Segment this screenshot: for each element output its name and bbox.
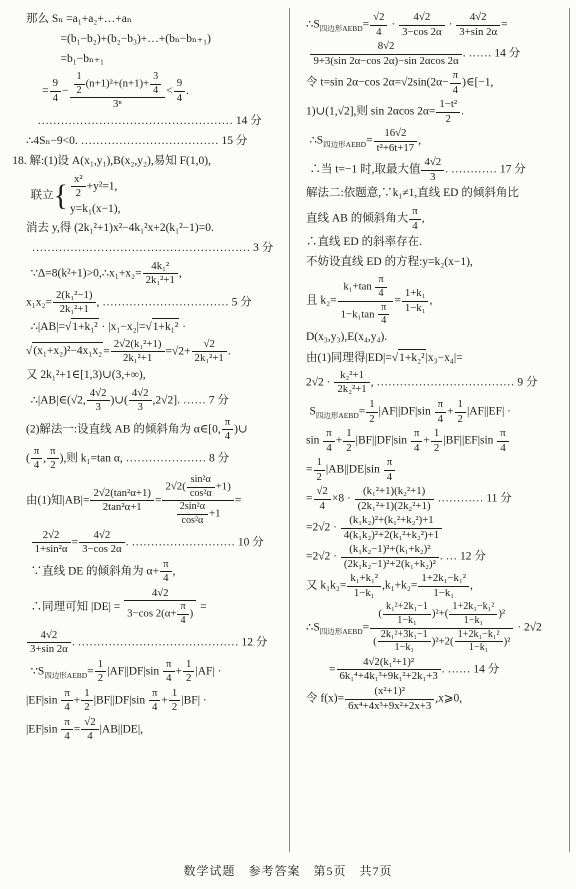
math-line: ∵S四边形AEBD=12|AF||DF|sin π4+12|AF| · (31, 658, 283, 686)
fraction: π4 (163, 658, 174, 686)
subscript-label: 四边形AEBD (44, 671, 87, 680)
fraction: 2sin²αcos²α (177, 501, 208, 527)
fraction: 4√23+sin 2α (456, 11, 500, 39)
fraction: 2(k₁²−1)2k₁²+1 (53, 289, 95, 317)
fraction: x²2 (71, 173, 86, 201)
fraction: k₁+tan π41−k₁tan π4 (338, 274, 394, 328)
math-line: S四边形AEBD=12|AF||DF|sin π4+12|AF||EF| · (309, 398, 563, 426)
fraction: 1+2k₁−k₁²1−k₁ (418, 572, 469, 600)
fraction: 16√2t²+6t+17 (374, 127, 418, 155)
brace-icon: { (54, 181, 68, 211)
math-line: =4√2(k₁²+1)²6k₁⁴+4k₁³+9k₁²+2k₁+3. …… 14 … (329, 656, 563, 684)
math-line: (π4,π2),则 k₁=tan α, ………………… 8 分 (26, 445, 283, 473)
math-line: 那么 Sₙ =a₁+a₂+…+aₙ (26, 11, 283, 30)
fraction: π4 (31, 445, 42, 473)
equation-system: {x²2+y²=1,y=k₁(x−1), (54, 173, 121, 219)
fraction: π4 (375, 274, 386, 300)
math-line: 18. 解:(1)设 A(x₁,y₁),B(x₂,y₂),易知 F(1,0), (12, 153, 283, 172)
fraction: π4 (384, 456, 395, 484)
fraction: 12 (169, 687, 180, 715)
math-line: D(x₃,y₃),E(x₄,y₄). (306, 329, 563, 348)
fraction: (k₁k₂−1)²+(k₁+k₂)²(2k₁k₂−1)²+2(k₁+k₂)² (341, 543, 439, 571)
math-line: ∴S四边形AEBD=√24 · 4√23−cos 2α · 4√23+sin 2… (306, 11, 563, 39)
math-line: 2√21+sin²α=4√23−cos 2α. ……………………… 10 分 (31, 529, 283, 557)
math-line: sin π4+12|BF||DF|sin π4+12|BF||EF|sin π4 (306, 427, 563, 455)
fraction: 2√21+sin²α (32, 529, 71, 557)
left-column: 那么 Sₙ =a₁+a₂+…+aₙ=(b₁−b₂)+(b₂−b₃)+…+(bₙ−… (10, 8, 290, 852)
fraction: 4k₁²2k₁²+1 (143, 260, 178, 288)
math-line: 8√29+3(sin 2α−cos 2α)−sin 2αcos 2α. …… 1… (309, 40, 563, 68)
fraction: √24 (81, 716, 98, 744)
fraction: (k₁k₂)²+(k₁²+k₂²)+14(k₁k₂)²+2(k₁²+k₂²)+1 (341, 514, 442, 542)
math-line: =2√2 · (k₁k₂)²+(k₁²+k₂²)+14(k₁k₂)²+2(k₁²… (306, 514, 563, 542)
fraction: π4 (177, 601, 188, 627)
fraction: k₁+k₁²1−k₁ (347, 572, 381, 600)
fraction: 1+2k₁−k₁²1−k₁ (449, 601, 497, 627)
fraction: π4 (409, 205, 420, 233)
fraction: π4 (222, 416, 233, 444)
fraction: 34 (150, 71, 161, 97)
subscript-label: 四边形AEBD (320, 24, 363, 33)
right-column: ∴S四边形AEBD=√24 · 4√23−cos 2α · 4√23+sin 2… (290, 8, 570, 852)
radical: √(x₁+x₂)²−4x₁x₂ (26, 342, 103, 361)
fraction: π4 (450, 69, 461, 97)
math-line: 消去 y,得 (2k₁²+1)x²−4k₁²x+2(k₁²−1)=0. (26, 220, 283, 239)
math-line: |EF|sin π4+12|BF||DF|sin π4+12|BF| · (26, 687, 283, 715)
fraction: π4 (61, 687, 72, 715)
math-line: =√24×8 · (k₁²+1)(k₂²+1)(2k₁²+1)(2k₂²+1) … (306, 485, 563, 513)
fraction: π4 (378, 302, 389, 328)
math-line: =b₁−bₙ₊₁ (61, 51, 284, 70)
fraction: π4 (323, 427, 334, 455)
radical: √1+k₁² (65, 318, 99, 337)
math-line: √(x₁+x₂)²−4x₁x₂=2√2(k₁²+1)2k₁²+1=√2+√22k… (26, 338, 283, 366)
fraction: 8√29+3(sin 2α−cos 2α)−sin 2αcos 2α (310, 40, 461, 68)
fraction: (k₁²+2k₁−11−k₁)²+(1+2k₁−k₁²1−k₁)²(2k₁²+3… (370, 601, 513, 655)
math-line: 4√23+sin 2α. …………………………………… 12 分 (26, 629, 283, 657)
radical: √1+k₂² (392, 349, 426, 368)
math-line: ∴4Sₙ−9<0. ……………………………… 15 分 (26, 133, 283, 152)
fraction: 12 (74, 71, 85, 97)
fraction: π4 (435, 398, 446, 426)
page-footer: 数学试题 参考答案 第5页 共7页 (0, 862, 576, 879)
fraction: 12 (431, 427, 442, 455)
subscript-label: 四边形AEBD (320, 627, 363, 636)
math-line: 2√2 · k₂²+12k₂²+1, ……………………………… 9 分 (306, 369, 563, 397)
fraction: 2√2(tan²α+1)2tan²α+1 (90, 487, 154, 515)
math-line: ∴直线 ED 的斜率存在. (306, 234, 563, 253)
math-line: 又 2k₁²+1∈[1,3)∪(3,+∞), (26, 367, 283, 386)
math-line: ∴S四边形AEBD=16√2t²+6t+17, (309, 127, 563, 155)
fraction: k₂²+12k₂²+1 (334, 369, 369, 397)
math-line: ∴同理可知 |DE| = 4√23−cos 2(α+π4) = (31, 587, 283, 628)
math-line: 令 t=sin 2α−cos 2α=√2sin(2α−π4)∈[−1, (306, 69, 563, 97)
subscript-label: 四边形AEBD (323, 140, 366, 149)
math-line: ∴|AB|=√1+k₁² · |x₁−x₂|=√1+k₁² · (31, 318, 283, 337)
fraction: 2√2(sin²αcos²α+1)2sin²αcos²α+1 (162, 474, 233, 528)
math-line: =2√2 · (k₁k₂−1)²+(k₁+k₂)²(2k₁k₂−1)²+2(k₁… (306, 543, 563, 571)
math-line: 解法二:依题意,∵k₁≠1,直线 ED 的倾斜角比 (306, 185, 563, 204)
fraction: π4 (497, 427, 508, 455)
fraction: 4√23 (421, 156, 444, 184)
fraction: (x²+1)²6x⁴+4x³+9x²+2x+3 (345, 685, 434, 713)
math-line: 直线 AB 的倾斜角大π4, (306, 205, 563, 233)
fraction: 1+k₁1−k₁ (402, 287, 429, 315)
fraction: 4√23 (87, 387, 110, 415)
fraction: sin²αcos²α (187, 474, 215, 500)
math-line: 由(1)同理得|ED|=√1+k₂²|x₃−x₄|= (306, 349, 563, 368)
fraction: 1+2k₁−k₁²1−k₁ (455, 629, 503, 655)
fraction: π4 (160, 558, 171, 586)
math-line: 且 k₂=k₁+tan π41−k₁tan π4=1+k₁1−k₁, (306, 274, 563, 328)
fraction: 94 (174, 77, 185, 105)
fraction: π4 (61, 716, 72, 744)
fraction: 12 (343, 427, 354, 455)
math-line: 联立{x²2+y²=1,y=k₁(x−1), (31, 173, 283, 219)
math-line: ∴当 t=−1 时,取最大值4√23. ………… 17 分 (309, 156, 563, 184)
subscript-label: 四边形AEBD (316, 411, 359, 420)
fraction: π4 (411, 427, 422, 455)
fraction: √24 (370, 11, 387, 39)
fraction: √24 (314, 485, 331, 513)
fraction: 4√23+sin 2α (27, 629, 71, 657)
answer-sheet-page: 那么 Sₙ =a₁+a₂+…+aₙ=(b₁−b₂)+(b₂−b₃)+…+(bₙ−… (0, 0, 576, 852)
math-line: 又 k₁k₂=k₁+k₁²1−k₁,k₁+k₂=1+2k₁−k₁²1−k₁, (306, 572, 563, 600)
math-line: 令 f(x)=(x²+1)²6x⁴+4x³+9x²+2x+3,x⩾0, (306, 685, 563, 713)
fraction: 4√23−cos 2(α+π4) (124, 587, 196, 628)
math-line: (2)解法一:设直线 AB 的倾斜角为 α∈[0,π4)∪ (26, 416, 283, 444)
fraction: √22k₁²+1 (192, 338, 227, 366)
fraction: π4 (149, 687, 160, 715)
fraction: (k₁²+1)(k₂²+1)(2k₁²+1)(2k₂²+1) (355, 485, 434, 513)
fraction: 12 (95, 658, 106, 686)
fraction: k₁²+2k₁−11−k₁ (383, 601, 431, 627)
fraction: 2√2(k₁²+1)2k₁²+1 (111, 338, 165, 366)
fraction: 4√23−cos 2α (79, 529, 125, 557)
math-line: ∵Δ=8(k²+1)>0,∴x₁+x₂=4k₁²2k₁²+1, (31, 260, 283, 288)
radical: √1+k₁² (145, 318, 179, 337)
fraction: 12 (314, 456, 325, 484)
fraction: 12 (183, 658, 194, 686)
math-line: ∵直线 DE 的倾斜角为 α+π4, (31, 558, 283, 586)
fraction: 4√23−cos 2α (399, 11, 445, 39)
math-line: =94−12(n+1)²+(n+1)+343ⁿ<94. (42, 71, 283, 112)
math-line: |EF|sin π4=√24|AB||DE|, (26, 716, 283, 744)
fraction: 4√23 (129, 387, 152, 415)
fraction: 12 (366, 398, 377, 426)
math-line: =(b₁−b₂)+(b₂−b₃)+…+(bₙ−bₙ₊₁) (61, 31, 284, 50)
fraction: π2 (47, 445, 58, 473)
math-line: ∴S四边形AEBD=(k₁²+2k₁−11−k₁)²+(1+2k₁−k₁²1−k… (306, 601, 563, 655)
math-line: 不妨设直线 ED 的方程:y=k₂(x−1), (306, 254, 563, 273)
math-line: 1)∪(1,√2],则 sin 2αcos 2α=1−t²2. (306, 98, 563, 126)
fraction: 1−t²2 (436, 98, 460, 126)
fraction: 12 (81, 687, 92, 715)
math-line: 由(1)知|AB|=2√2(tan²α+1)2tan²α+1=2√2(sin²α… (26, 474, 283, 528)
fraction: 4√2(k₁²+1)²6k₁⁴+4k₁³+9k₁²+2k₁+3 (337, 656, 441, 684)
fraction: 94 (50, 77, 61, 105)
math-line: ∴|AB|∈(√2,4√23)∪(4√23,2√2]. …… 7 分 (31, 387, 283, 415)
math-line: =12|AB||DE|sin π4 (306, 456, 563, 484)
math-line: ………………………………………………… 3 分 (32, 240, 283, 259)
math-line: x₁x₂=2(k₁²−1)2k₁²+1, …………………………… 5 分 (26, 289, 283, 317)
fraction: 12(n+1)²+(n+1)+343ⁿ (70, 71, 166, 112)
fraction: 12 (455, 398, 466, 426)
math-line: …………………………………………… 14 分 (38, 113, 284, 132)
fraction: 2k₁²+3k₁−11−k₁ (378, 629, 431, 655)
